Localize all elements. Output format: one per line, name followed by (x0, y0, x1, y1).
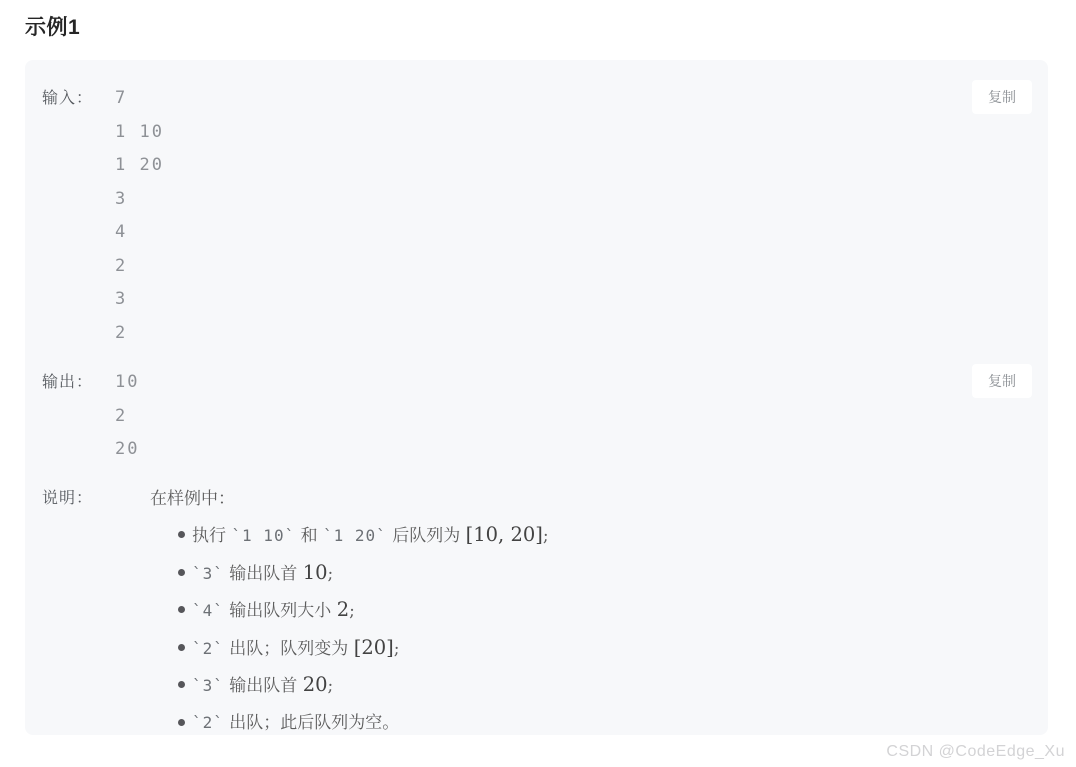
output-label: 输出： (42, 366, 115, 399)
math-expression: [20] (354, 636, 394, 659)
bullet-text: 后队列为 (387, 526, 466, 546)
math-expression: [10, 20] (466, 523, 543, 546)
bullet-text: 执行 (192, 526, 231, 546)
watermark: CSDN @CodeEdge_Xu (886, 743, 1065, 761)
input-section: 输入： 7 1 10 1 20 3 4 2 3 2 复制 (42, 82, 1032, 350)
bullet-text: 输出队首 (224, 676, 303, 696)
bullet-text: 出队；队列变为 (224, 639, 354, 659)
math-expression: 2 (337, 598, 349, 621)
input-label: 输入： (42, 82, 115, 115)
inline-code: `3` (192, 564, 224, 583)
inline-code: `3` (192, 676, 224, 695)
inline-code: `2` (192, 639, 224, 658)
bullet-text: ; (328, 676, 334, 696)
inline-code: `1 10` (231, 526, 295, 545)
bullet-text: ; (349, 601, 355, 621)
page-title: 示例1 (25, 14, 80, 42)
input-content: 7 1 10 1 20 3 4 2 3 2 (115, 82, 164, 350)
inline-code: `2` (192, 713, 224, 732)
page: 示例1 输入： 7 1 10 1 20 3 4 2 3 2 复制 输出： 10 … (0, 0, 1076, 767)
explanation-content: 在样例中： 执行 `1 10` 和 `1 20` 后队列为 [10, 20];`… (150, 482, 549, 742)
bullet-text: ; (543, 526, 549, 546)
explanation-bullet: `3` 输出队首 20; (178, 667, 549, 705)
copy-input-button[interactable]: 复制 (972, 80, 1032, 114)
inline-code: `4` (192, 601, 224, 620)
bullet-text: 输出队首 (224, 564, 303, 584)
bullet-text: ; (394, 639, 400, 659)
explanation-bullet: 执行 `1 10` 和 `1 20` 后队列为 [10, 20]; (178, 517, 549, 555)
bullet-text: ; (328, 564, 334, 584)
math-expression: 20 (303, 673, 328, 696)
explanation-label: 说明： (42, 482, 115, 515)
output-content: 10 2 20 (115, 366, 139, 467)
explanation-bullet: `3` 输出队首 10; (178, 555, 549, 593)
bullet-text: 和 (295, 526, 323, 546)
explanation-bullet: `2` 出队；此后队列为空。 (178, 705, 549, 742)
copy-output-button[interactable]: 复制 (972, 364, 1032, 398)
bullet-text: 输出队列大小 (224, 601, 337, 621)
explanation-bullet: `4` 输出队列大小 2; (178, 592, 549, 630)
output-section: 输出： 10 2 20 复制 (42, 366, 1032, 467)
bullet-text: 出队；此后队列为空。 (224, 713, 399, 733)
inline-code: `1 20` (323, 526, 387, 545)
explanation-intro: 在样例中： (150, 482, 549, 518)
example-panel: 输入： 7 1 10 1 20 3 4 2 3 2 复制 输出： 10 2 20… (25, 60, 1048, 735)
explanation-list: 执行 `1 10` 和 `1 20` 后队列为 [10, 20];`3` 输出队… (150, 517, 549, 741)
explanation-section: 说明： 在样例中： 执行 `1 10` 和 `1 20` 后队列为 [10, 2… (42, 482, 1032, 742)
explanation-bullet: `2` 出队；队列变为 [20]; (178, 630, 549, 668)
math-expression: 10 (303, 561, 328, 584)
